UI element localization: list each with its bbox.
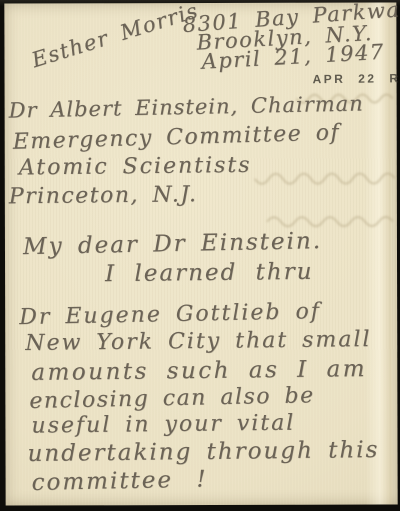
sender-name: Esther Morris bbox=[29, 0, 202, 72]
bleedthrough-ghost-writing bbox=[237, 164, 397, 190]
recipient-line2: Emergency Committee of bbox=[12, 120, 340, 154]
body-line8: committee ! bbox=[31, 466, 207, 496]
recipient-line1: Dr Albert Einstein, Chairman bbox=[8, 91, 364, 122]
scanned-letter-background: Esther Morris 8301 Bay Parkway Brooklyn,… bbox=[0, 0, 400, 511]
salutation: My dear Dr Einstein. bbox=[23, 228, 323, 260]
letter-paper: Esther Morris 8301 Bay Parkway Brooklyn,… bbox=[4, 2, 397, 505]
body-line7: undertaking through this bbox=[27, 437, 379, 467]
received-date-stamp: APR 22 RECD bbox=[312, 71, 400, 86]
body-line4: amounts such as I am bbox=[31, 356, 367, 386]
body-line5: enclosing can also be bbox=[29, 383, 315, 414]
body-line1: I learned thru bbox=[105, 259, 314, 287]
recipient-line4: Princeton, N.J. bbox=[9, 182, 198, 209]
recipient-line3: Atomic Scientists bbox=[19, 153, 252, 181]
body-line2: Dr Eugene Gottlieb of bbox=[19, 299, 321, 330]
body-line3: New York City that small bbox=[25, 327, 371, 356]
body-line6: useful in your vital bbox=[31, 411, 295, 439]
